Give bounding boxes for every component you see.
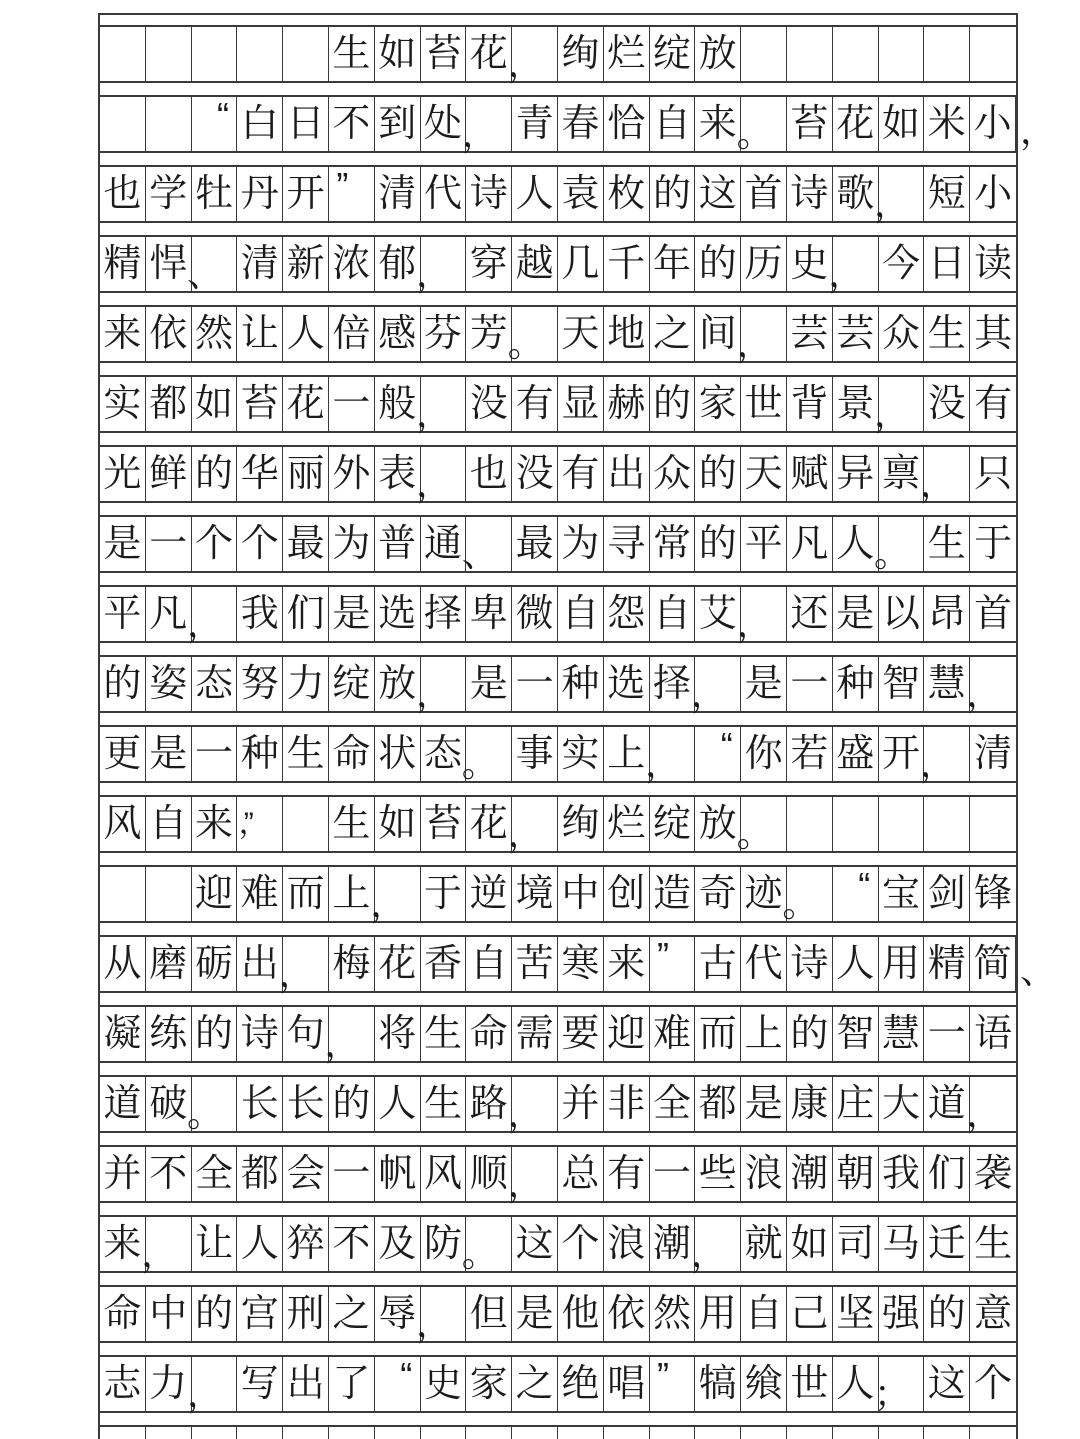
character-cell: 。	[466, 1217, 512, 1271]
character-cell: 依	[146, 307, 192, 361]
handwritten-character: 让	[195, 1225, 233, 1263]
handwritten-character: 一	[653, 1155, 691, 1193]
handwritten-character: 迎	[195, 875, 233, 913]
character-cell: 从	[100, 937, 146, 991]
handwritten-character: 的	[195, 1295, 233, 1333]
empty-grid-cell	[970, 797, 1016, 851]
handwritten-character: 袁	[561, 175, 599, 213]
handwritten-character: 苦	[516, 945, 554, 983]
empty-grid-cell	[558, 1427, 604, 1439]
handwritten-character: 赋	[790, 455, 828, 493]
character-cell: 及	[375, 1217, 421, 1271]
handwritten-character: 史	[790, 245, 828, 283]
handwritten-character: 需	[516, 1015, 554, 1053]
handwritten-character: 出	[607, 455, 645, 493]
handwritten-character: 越	[516, 245, 554, 283]
empty-grid-cell	[466, 1427, 512, 1439]
character-cell: 你	[741, 727, 787, 781]
character-cell: 没	[466, 377, 512, 431]
character-cell: 力	[146, 1357, 192, 1411]
handwritten-character: 开	[882, 735, 920, 773]
handwritten-character: 家	[470, 1365, 508, 1403]
empty-grid-cell	[329, 1427, 375, 1439]
empty-grid-cell	[879, 27, 925, 81]
character-cell: ；	[879, 1357, 925, 1411]
character-cell: 郁	[375, 237, 421, 291]
handwritten-character: 生	[287, 735, 325, 773]
handwritten-character: 的	[195, 1015, 233, 1053]
character-cell: 光	[100, 447, 146, 501]
handwritten-character: 花	[287, 385, 325, 423]
character-cell: 自	[650, 587, 696, 641]
handwritten-character: 来	[607, 945, 645, 983]
handwritten-character: 出	[241, 945, 279, 983]
handwritten-character: 于	[974, 525, 1012, 563]
handwritten-character: 个	[195, 525, 233, 563]
character-cell: 微	[512, 587, 558, 641]
character-cell: 世	[741, 377, 787, 431]
handwritten-character: 只	[974, 455, 1012, 493]
character-cell: 朝	[833, 1147, 879, 1201]
handwritten-character: 们	[928, 1155, 966, 1193]
handwritten-character: 创	[607, 875, 645, 913]
character-cell: 潮	[650, 1217, 696, 1271]
handwritten-character: 丽	[287, 455, 325, 493]
handwritten-character: 一	[149, 525, 187, 563]
handwritten-character: 有	[516, 385, 554, 423]
handwritten-character: 绽	[653, 35, 691, 73]
character-cell: 力	[283, 657, 329, 711]
character-cell: 潮	[787, 1147, 833, 1201]
handwritten-character: 姿	[149, 665, 187, 703]
handwritten-character: 不	[149, 1155, 187, 1193]
character-cell: 然	[650, 1287, 696, 1341]
text-row: 是一个个最为普通、最为寻常的平凡人。生于	[98, 515, 1018, 573]
handwritten-character: 来	[699, 105, 737, 143]
handwritten-character: 潮	[653, 1225, 691, 1263]
handwritten-character: 生	[332, 805, 370, 843]
handwritten-character: 生	[974, 1225, 1012, 1263]
text-row: 也学牡丹开”清代诗人袁枚的这首诗歌，短小	[98, 165, 1018, 223]
handwritten-character: ，	[187, 1376, 223, 1412]
character-cell: 放	[695, 797, 741, 851]
handwritten-character: 之	[516, 1365, 554, 1403]
handwritten-character: 就	[745, 1225, 783, 1263]
character-cell: “	[695, 727, 741, 781]
character-cell: 常	[650, 517, 696, 571]
character-cell: 用	[695, 1287, 741, 1341]
text-row: “白日不到处，青春恰自来。苔花如米小，	[98, 95, 1018, 153]
text-row: 的姿态努力绽放，是一种选择，是一种智慧，	[98, 655, 1018, 713]
handwritten-character: 放	[699, 35, 737, 73]
character-cell: 的	[695, 517, 741, 571]
handwritten-character: 状	[378, 735, 416, 773]
handwritten-character: 剑	[928, 875, 966, 913]
character-cell: 道	[100, 1077, 146, 1131]
handwritten-character: 刑	[287, 1295, 325, 1333]
empty-grid-cell	[283, 1427, 329, 1439]
empty-grid-cell	[237, 27, 283, 81]
handwritten-character: 逆	[470, 875, 508, 913]
handwritten-character: 了	[332, 1365, 370, 1403]
character-cell: 日	[924, 237, 970, 291]
character-cell: 长	[283, 1077, 329, 1131]
handwritten-character: “	[400, 1358, 412, 1394]
character-cell: 都	[695, 1077, 741, 1131]
handwritten-character: 还	[790, 595, 828, 633]
handwritten-character: 穿	[470, 245, 508, 283]
character-cell: ”	[650, 937, 696, 991]
handwritten-character: 庄	[836, 1085, 874, 1123]
character-cell: 牡	[192, 167, 238, 221]
handwritten-character: 人	[836, 1365, 874, 1403]
handwritten-character: 都	[241, 1155, 279, 1193]
character-cell: ”	[650, 1357, 696, 1411]
text-row: 光鲜的华丽外表，也没有出众的天赋异禀，只	[98, 445, 1018, 503]
character-cell: 的	[192, 447, 238, 501]
handwritten-character: 为	[332, 525, 370, 563]
character-cell: 个	[558, 1217, 604, 1271]
row-spacer	[98, 923, 1018, 935]
character-cell: 出	[604, 447, 650, 501]
character-cell: 风	[421, 1147, 467, 1201]
handwritten-character: 人	[378, 1085, 416, 1123]
handwritten-character: 迎	[607, 1015, 645, 1053]
handwritten-character: 总	[561, 1155, 599, 1193]
handwritten-character: 而	[287, 875, 325, 913]
character-cell: 。	[192, 1077, 238, 1131]
handwritten-character: 绚	[561, 35, 599, 73]
character-cell: 意	[970, 1287, 1016, 1341]
handwritten-character: 防	[424, 1225, 462, 1263]
handwritten-character: 造	[653, 875, 691, 913]
character-cell: 这	[924, 1357, 970, 1411]
character-cell: 一	[787, 657, 833, 711]
character-cell: 择	[650, 657, 696, 711]
character-cell: 普	[375, 517, 421, 571]
handwritten-character: 并	[103, 1155, 141, 1193]
handwritten-character: 宝	[882, 875, 920, 913]
character-cell: 防	[421, 1217, 467, 1271]
character-cell: 创	[604, 867, 650, 921]
handwritten-character: 绚	[561, 805, 599, 843]
character-cell: 强	[879, 1287, 925, 1341]
handwritten-character: ，	[737, 606, 773, 642]
handwritten-character: 开	[287, 175, 325, 213]
handwritten-character: 歌	[836, 175, 874, 213]
character-cell: ，	[695, 1217, 741, 1271]
handwritten-character: 悍	[149, 245, 187, 283]
character-cell: 袭	[970, 1147, 1016, 1201]
character-cell: 显	[558, 377, 604, 431]
character-cell: 怨	[604, 587, 650, 641]
handwritten-character: 来	[103, 315, 141, 353]
grid-block: 生如苔花，绚烂绽放“白日不到处，青春恰自来。苔花如米小，也学牡丹开”清代诗人袁枚…	[98, 13, 1018, 1439]
character-cell: 香	[421, 937, 467, 991]
handwritten-character: ；	[874, 1376, 910, 1412]
character-cell: 史	[421, 1357, 467, 1411]
empty-grid-cell	[970, 1427, 1016, 1439]
character-cell: 春	[558, 97, 604, 151]
character-cell: 之	[329, 1287, 375, 1341]
character-cell: 坚	[833, 1287, 879, 1341]
character-cell: 了	[329, 1357, 375, 1411]
character-cell: 芸	[833, 307, 879, 361]
handwritten-character: ”	[336, 168, 348, 204]
text-row: 风自来”，生如苔花，绚烂绽放。	[98, 795, 1018, 853]
handwritten-character: 华	[241, 455, 279, 493]
character-cell: 宫	[237, 1287, 283, 1341]
handwritten-character: 路	[470, 1085, 508, 1123]
handwritten-character: 种	[241, 735, 279, 773]
handwritten-character: 生	[332, 35, 370, 73]
handwritten-character: 绽	[332, 665, 370, 703]
handwritten-character: 全	[653, 1085, 691, 1123]
handwritten-character: 人	[836, 945, 874, 983]
character-cell: 选	[604, 657, 650, 711]
character-cell: 一	[650, 1147, 696, 1201]
handwritten-character: ，	[416, 1306, 452, 1342]
character-cell: 一	[512, 657, 558, 711]
handwritten-character: 风	[424, 1155, 462, 1193]
character-cell: ，	[421, 237, 467, 291]
character-cell: 路	[466, 1077, 512, 1131]
character-cell: 让	[192, 1217, 238, 1271]
handwritten-character: 出	[287, 1365, 325, 1403]
handwritten-character: 青	[516, 105, 554, 143]
row-spacer	[98, 1273, 1018, 1285]
handwritten-character: 然	[653, 1295, 691, 1333]
handwritten-character: 猝	[287, 1225, 325, 1263]
text-row: 更是一种生命状态。事实上，“你若盛开，清	[98, 725, 1018, 783]
text-row: 志力，写出了“史家之绝唱”犒飨世人；这个	[98, 1355, 1018, 1413]
handwritten-character: 异	[836, 455, 874, 493]
handwritten-character: ，	[416, 396, 452, 432]
handwritten-character: 并	[561, 1085, 599, 1123]
empty-grid-cell	[650, 1427, 696, 1439]
handwritten-character: 丹	[241, 175, 279, 213]
character-cell: 命	[100, 1287, 146, 1341]
handwritten-character: 其	[974, 315, 1012, 353]
empty-grid-cell	[741, 1427, 787, 1439]
character-cell: 是	[146, 727, 192, 781]
handwritten-character: 力	[149, 1365, 187, 1403]
character-cell: 志	[100, 1357, 146, 1411]
character-cell: 人	[283, 307, 329, 361]
row-spacer	[98, 13, 1018, 25]
handwritten-character: 用	[882, 945, 920, 983]
character-cell: 是	[466, 657, 512, 711]
row-spacer	[98, 783, 1018, 795]
handwritten-character: 是	[149, 735, 187, 773]
handwritten-character: 个	[241, 525, 279, 563]
character-cell: 芬	[421, 307, 467, 361]
character-cell: 花	[375, 937, 421, 991]
handwritten-character: 也	[103, 175, 141, 213]
handwritten-character: 来	[195, 805, 233, 843]
character-cell: ，	[192, 587, 238, 641]
handwritten-character: 人	[287, 315, 325, 353]
handwritten-character: 。	[782, 886, 818, 922]
character-cell: 长	[237, 1077, 283, 1131]
character-cell: 马	[879, 1217, 925, 1271]
handwritten-character: 是	[470, 665, 508, 703]
handwritten-character: 自	[745, 1295, 783, 1333]
character-cell: 读	[970, 237, 1016, 291]
handwritten-character: 他	[561, 1295, 599, 1333]
empty-grid-cell	[421, 1427, 467, 1439]
handwritten-character: 牡	[195, 175, 233, 213]
handwritten-character: 外	[332, 455, 370, 493]
handwritten-character: ，	[508, 1166, 544, 1202]
character-cell: 的	[650, 167, 696, 221]
handwritten-character: 首	[745, 175, 783, 213]
handwritten-character: 的	[103, 665, 141, 703]
character-cell: 放	[375, 657, 421, 711]
handwritten-character: 坚	[836, 1295, 874, 1333]
character-cell: 逆	[466, 867, 512, 921]
handwritten-character: 家	[699, 385, 737, 423]
character-cell: 年	[650, 237, 696, 291]
character-cell: 上	[329, 867, 375, 921]
character-cell: 自	[466, 937, 512, 991]
character-cell: 几	[558, 237, 604, 291]
handwritten-character: 赫	[607, 385, 645, 423]
character-cell: 到	[375, 97, 421, 151]
handwritten-character: 世	[745, 385, 783, 423]
handwritten-character: 诗	[241, 1015, 279, 1053]
handwritten-character: 生	[928, 525, 966, 563]
character-cell: 只	[970, 447, 1016, 501]
character-cell: 首	[970, 587, 1016, 641]
character-cell: 一	[146, 517, 192, 571]
handwritten-character: 天	[561, 315, 599, 353]
character-cell: 一	[924, 1007, 970, 1061]
character-cell: 生	[421, 1007, 467, 1061]
handwritten-character: 卑	[470, 595, 508, 633]
handwritten-character: 没	[928, 385, 966, 423]
character-cell: 苔	[237, 377, 283, 431]
text-row: 平凡，我们是选择卑微自怨自艾，还是以昂首	[98, 585, 1018, 643]
character-cell: 之	[650, 307, 696, 361]
character-cell: 都	[237, 1147, 283, 1201]
handwritten-character: 朝	[836, 1155, 874, 1193]
handwritten-character: 日	[928, 245, 966, 283]
handwritten-character: 代	[745, 945, 783, 983]
handwritten-character: 之	[653, 315, 691, 353]
character-cell: 精	[100, 237, 146, 291]
character-cell: 。	[741, 97, 787, 151]
character-cell: 锋	[970, 867, 1016, 921]
empty-grid-cell	[787, 1427, 833, 1439]
character-cell: 不	[146, 1147, 192, 1201]
handwritten-character: 实	[103, 385, 141, 423]
handwritten-character: ，	[508, 816, 544, 852]
handwritten-character: 放	[378, 665, 416, 703]
handwritten-character: 普	[378, 525, 416, 563]
handwritten-character: 新	[287, 245, 325, 283]
handwritten-character: 平	[103, 595, 141, 633]
handwritten-character: 枚	[607, 175, 645, 213]
empty-grid-cell	[833, 1427, 879, 1439]
handwritten-character: 努	[241, 665, 279, 703]
character-cell: ，	[283, 937, 329, 991]
handwritten-character: ”	[657, 938, 669, 974]
character-cell: 绝	[558, 1357, 604, 1411]
handwritten-character: 难	[241, 875, 279, 913]
empty-grid-cell	[833, 797, 879, 851]
handwritten-character: 。	[737, 116, 773, 152]
character-cell: 背	[787, 377, 833, 431]
handwritten-character: 来	[103, 1225, 141, 1263]
character-cell: 。	[741, 797, 787, 851]
character-cell: 来	[695, 97, 741, 151]
empty-grid-cell	[970, 27, 1016, 81]
character-cell: 的	[650, 377, 696, 431]
character-cell: 这	[695, 167, 741, 221]
row-spacer	[98, 1413, 1018, 1425]
character-cell: 其	[970, 307, 1016, 361]
character-cell: 迁	[924, 1217, 970, 1271]
character-cell: 绚	[558, 797, 604, 851]
character-cell: 上	[741, 1007, 787, 1061]
handwritten-character: 有	[607, 1155, 645, 1193]
empty-grid-cell	[787, 797, 833, 851]
character-cell: 。	[466, 727, 512, 781]
character-cell: 这	[512, 1217, 558, 1271]
character-cell: 命	[329, 727, 375, 781]
character-cell: 诗	[787, 937, 833, 991]
handwritten-character: 是	[745, 1085, 783, 1123]
character-cell: 世	[787, 1357, 833, 1411]
character-cell: 地	[604, 307, 650, 361]
character-cell: 歌	[833, 167, 879, 221]
character-cell: 生	[329, 797, 375, 851]
handwritten-character: 但	[470, 1295, 508, 1333]
handwritten-character: ，	[508, 1096, 544, 1132]
character-cell: 然	[192, 307, 238, 361]
handwritten-character: 我	[882, 1155, 920, 1193]
character-cell: 如	[375, 797, 421, 851]
empty-grid-cell	[146, 867, 192, 921]
handwritten-character: 烂	[607, 805, 645, 843]
character-cell: 的	[192, 1287, 238, 1341]
handwritten-character: 寒	[561, 945, 599, 983]
character-cell: 庄	[833, 1077, 879, 1131]
character-cell: 态	[421, 727, 467, 781]
character-cell: 如	[375, 27, 421, 81]
character-cell: ，	[695, 657, 741, 711]
handwritten-character: 选	[607, 665, 645, 703]
handwritten-character: 力	[287, 665, 325, 703]
handwritten-character: ”，	[244, 809, 268, 839]
character-cell: 不	[329, 1217, 375, 1271]
character-cell: 剑	[924, 867, 970, 921]
handwritten-character: 小	[974, 105, 1012, 143]
character-cell: 有	[512, 377, 558, 431]
character-cell: 的	[329, 1077, 375, 1131]
character-cell: 苦	[512, 937, 558, 991]
empty-grid-cell	[146, 97, 192, 151]
handwritten-character: 间	[699, 315, 737, 353]
handwritten-character: 的	[928, 1295, 966, 1333]
character-cell: 唱	[604, 1357, 650, 1411]
handwritten-character: 的	[332, 1085, 370, 1123]
character-cell: 砺	[192, 937, 238, 991]
handwritten-character: 一	[195, 735, 233, 773]
character-cell: ，	[421, 447, 467, 501]
handwritten-character: 精	[928, 945, 966, 983]
